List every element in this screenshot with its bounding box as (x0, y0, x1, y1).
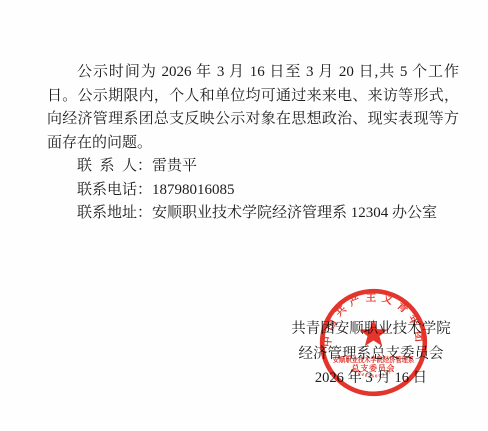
contact-phone-label: 联系电话： (77, 182, 152, 198)
contact-person-value: 雷贵平 (152, 158, 197, 174)
contact-address-value: 安顺职业技术学院经济管理系 12304 办公室 (152, 205, 437, 221)
signature-block: 共青团安顺职业技术学院 经济管理系总支委员会 2026 年 3 月 16 日 (271, 317, 471, 391)
announcement-document: 公示时间为 2026 年 3 月 16 日至 3 月 20 日,共 5 个工作日… (0, 0, 488, 431)
contact-phone-line: 联系电话：18798016085 (47, 179, 459, 203)
document-body: 公示时间为 2026 年 3 月 16 日至 3 月 20 日,共 5 个工作日… (47, 61, 459, 226)
contact-phone-value: 18798016085 (152, 182, 235, 198)
contact-address-label: 联系地址： (77, 205, 152, 221)
signature-org-line1: 共青团安顺职业技术学院 (271, 317, 471, 342)
signature-date: 2026 年 3 月 16 日 (271, 366, 471, 391)
contact-person-line: 联 系 人：雷贵平 (47, 155, 459, 179)
announcement-paragraph: 公示时间为 2026 年 3 月 16 日至 3 月 20 日,共 5 个工作日… (47, 61, 459, 155)
signature-org-line2: 经济管理系总支委员会 (271, 342, 471, 367)
contact-address-line: 联系地址：安顺职业技术学院经济管理系 12304 办公室 (47, 202, 459, 226)
contact-person-label: 联 系 人： (77, 158, 152, 174)
